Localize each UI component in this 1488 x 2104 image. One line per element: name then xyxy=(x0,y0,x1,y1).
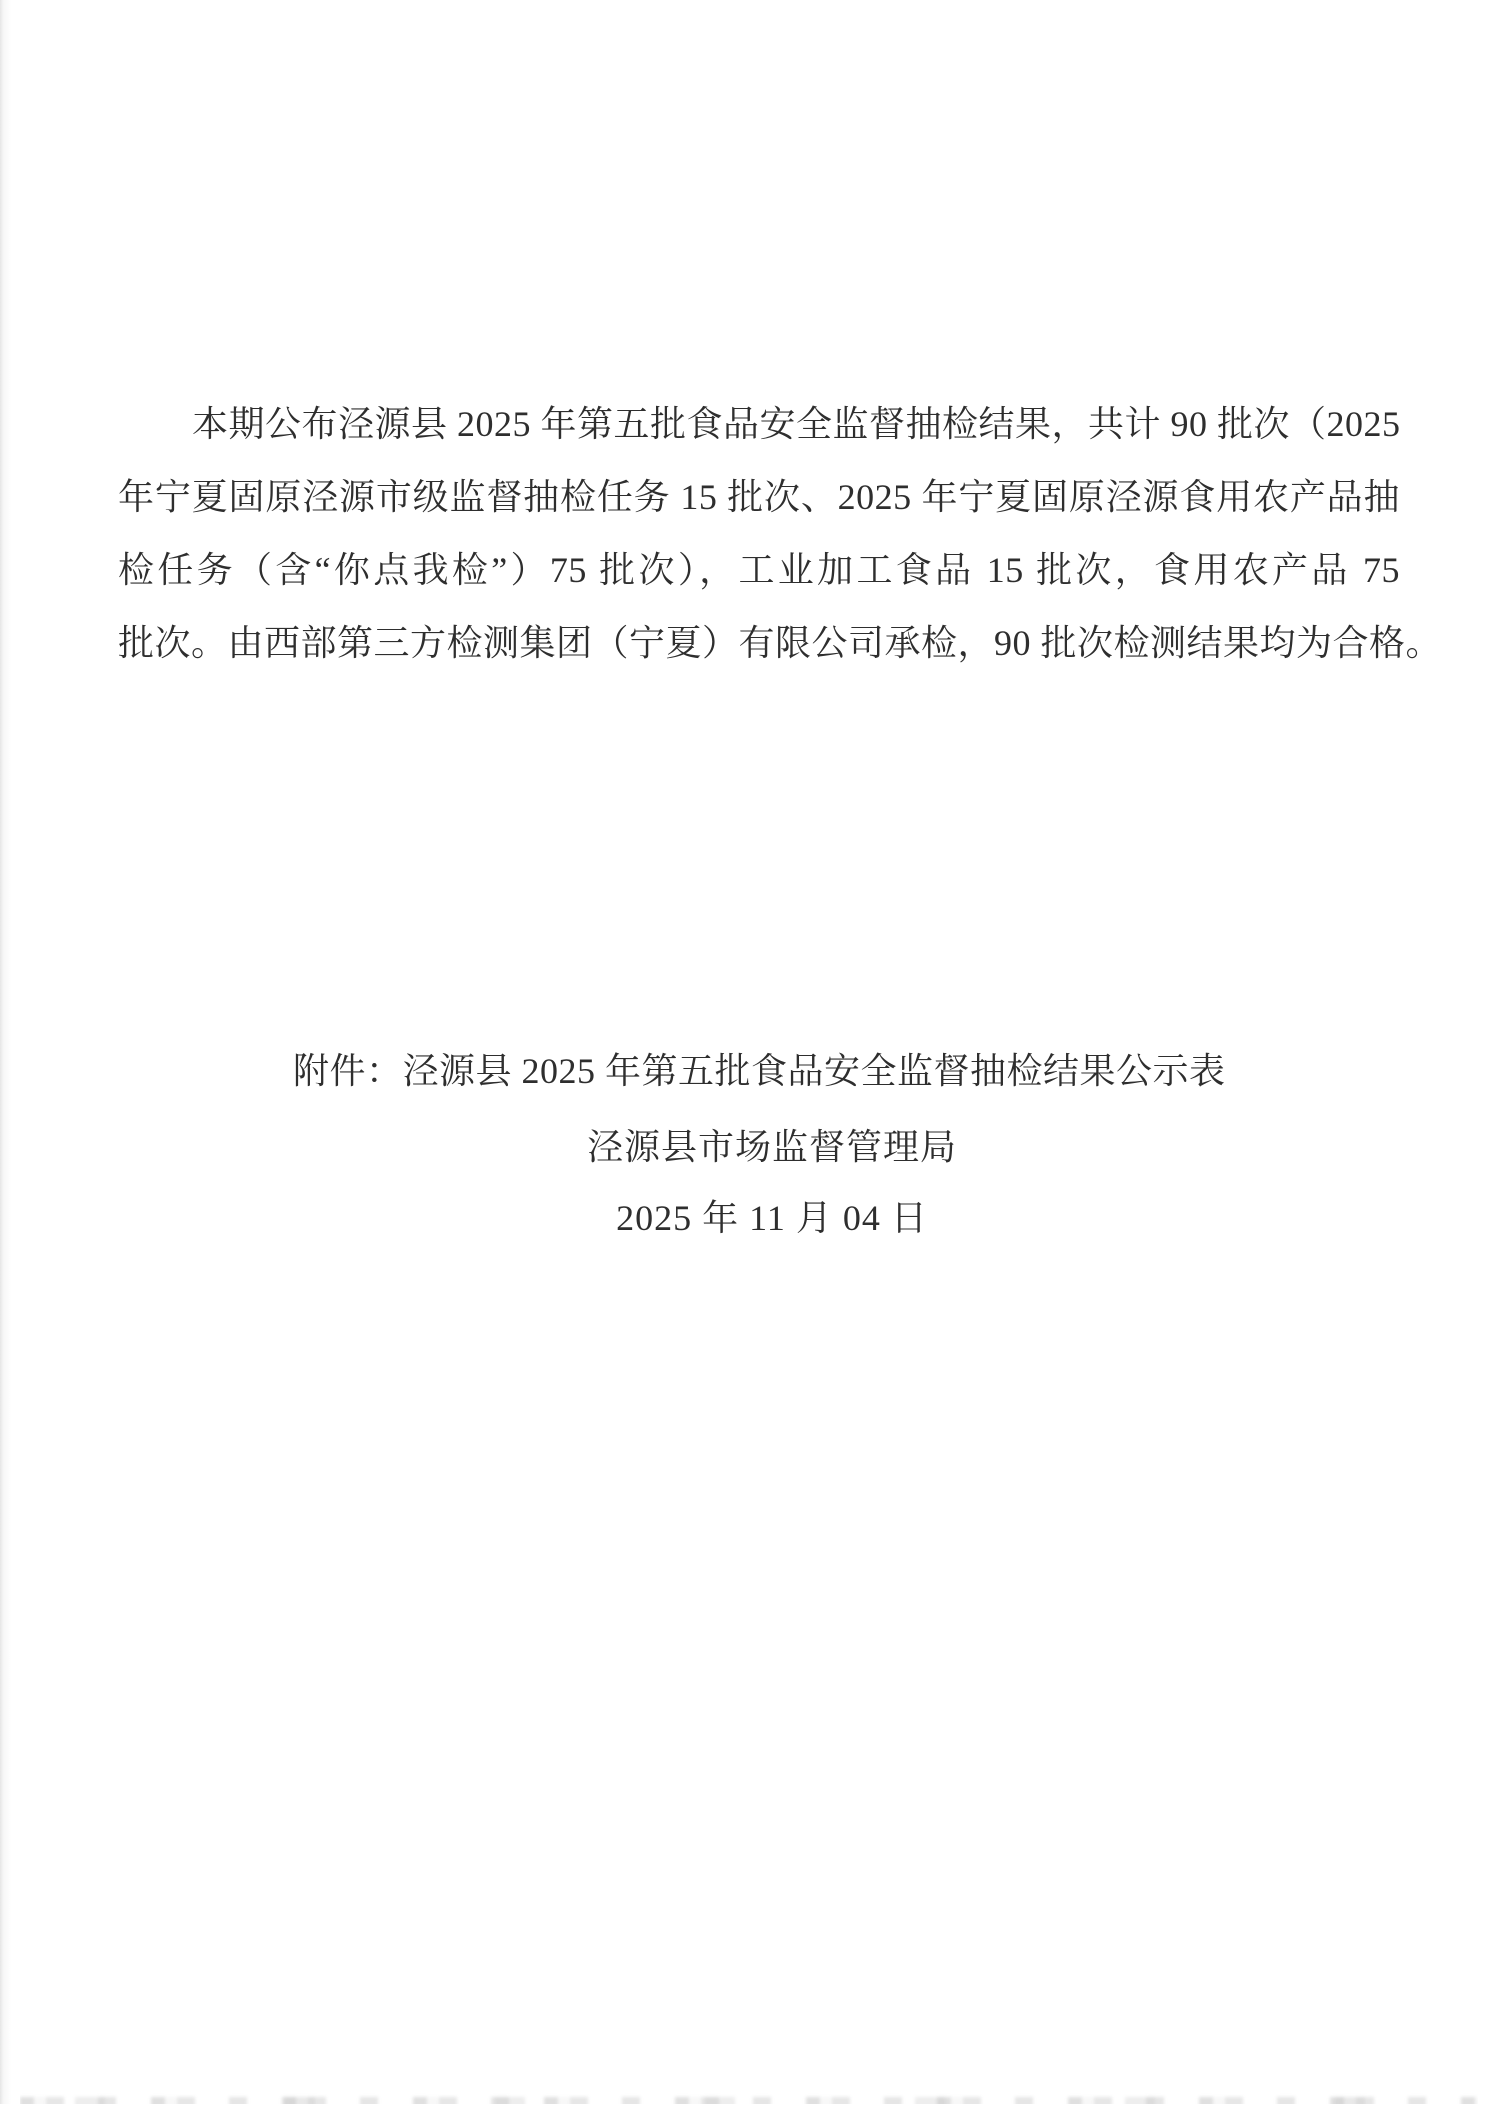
issuer-line: 泾源县市场监督管理局 xyxy=(56,1122,1488,1172)
paragraph-line: 本期公布泾源县 2025 年第五批食品安全监督抽检结果，共计 90 批次（202… xyxy=(118,388,1400,461)
document-body-paragraph: 本期公布泾源县 2025 年第五批食品安全监督抽检结果，共计 90 批次（202… xyxy=(118,388,1400,680)
date-line: 2025 年 11 月 04 日 xyxy=(56,1193,1488,1243)
paragraph-line: 批次。由西部第三方检测集团（宁夏）有限公司承检，90 批次检测结果均为合格。 xyxy=(118,607,1400,680)
paragraph-line: 年宁夏固原泾源市级监督抽检任务 15 批次、2025 年宁夏固原泾源食用农产品抽 xyxy=(118,461,1400,534)
paragraph-line: 检任务（含“你点我检”）75 批次），工业加工食品 15 批次，食用农产品 75 xyxy=(118,534,1400,607)
cutoff-text-smudge xyxy=(20,2097,1478,2104)
next-page-cutoff-text xyxy=(20,2091,1478,2104)
document-signature-block: 泾源县市场监督管理局 2025 年 11 月 04 日 xyxy=(56,1122,1488,1243)
attachment-line: 附件：泾源县 2025 年第五批食品安全监督抽检结果公示表 xyxy=(293,1046,1226,1096)
scan-edge-artifact-soft xyxy=(3,0,11,2104)
scanned-document-page: 本期公布泾源县 2025 年第五批食品安全监督抽检结果，共计 90 批次（202… xyxy=(0,0,1488,2104)
